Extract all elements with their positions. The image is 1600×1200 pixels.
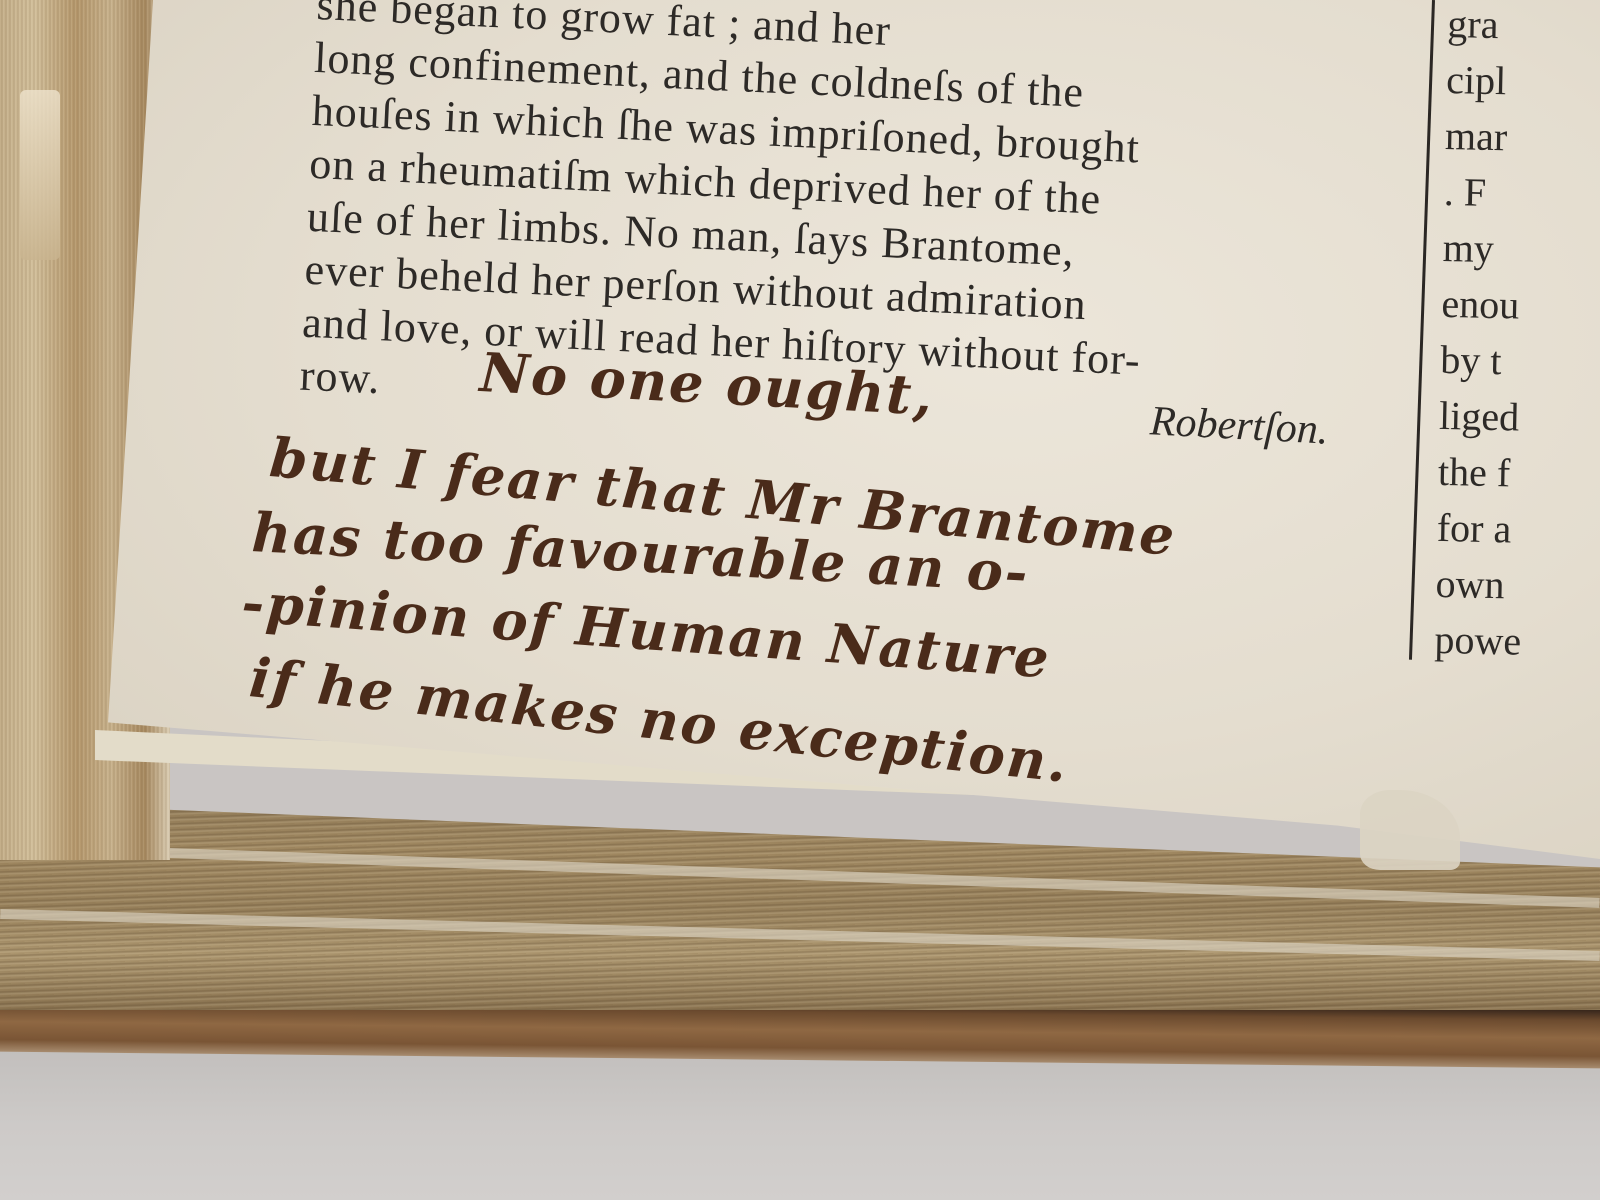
book-photo-scene: she began to grow fat ; and her long con… [0, 0, 1600, 1200]
page-gap-band [0, 909, 1600, 961]
right-col-fragment: the f [1437, 444, 1598, 503]
handwritten-text: , [912, 363, 936, 428]
handwritten-text: No one [478, 340, 728, 417]
right-col-fragment: powe [1434, 612, 1595, 671]
table-surface [0, 1050, 1600, 1200]
right-column-fragments: gra cipl mar . F my enou by t liged the … [1434, 0, 1600, 671]
right-col-fragment: by t [1440, 332, 1600, 391]
underlined-word-ought: ought [725, 353, 915, 427]
right-col-fragment: enou [1441, 276, 1600, 335]
right-col-fragment: gra [1447, 0, 1600, 55]
right-col-fragment: liged [1439, 388, 1600, 447]
attribution-robertson: Robertſon. [1149, 397, 1330, 454]
right-col-fragment: for a [1436, 500, 1597, 559]
right-col-fragment: mar [1444, 108, 1600, 167]
right-col-fragment: . F [1443, 164, 1600, 223]
torn-paper-fragment [20, 90, 60, 260]
right-col-fragment: own [1435, 556, 1596, 615]
right-col-fragment: my [1442, 220, 1600, 279]
right-col-fragment: cipl [1446, 52, 1600, 111]
